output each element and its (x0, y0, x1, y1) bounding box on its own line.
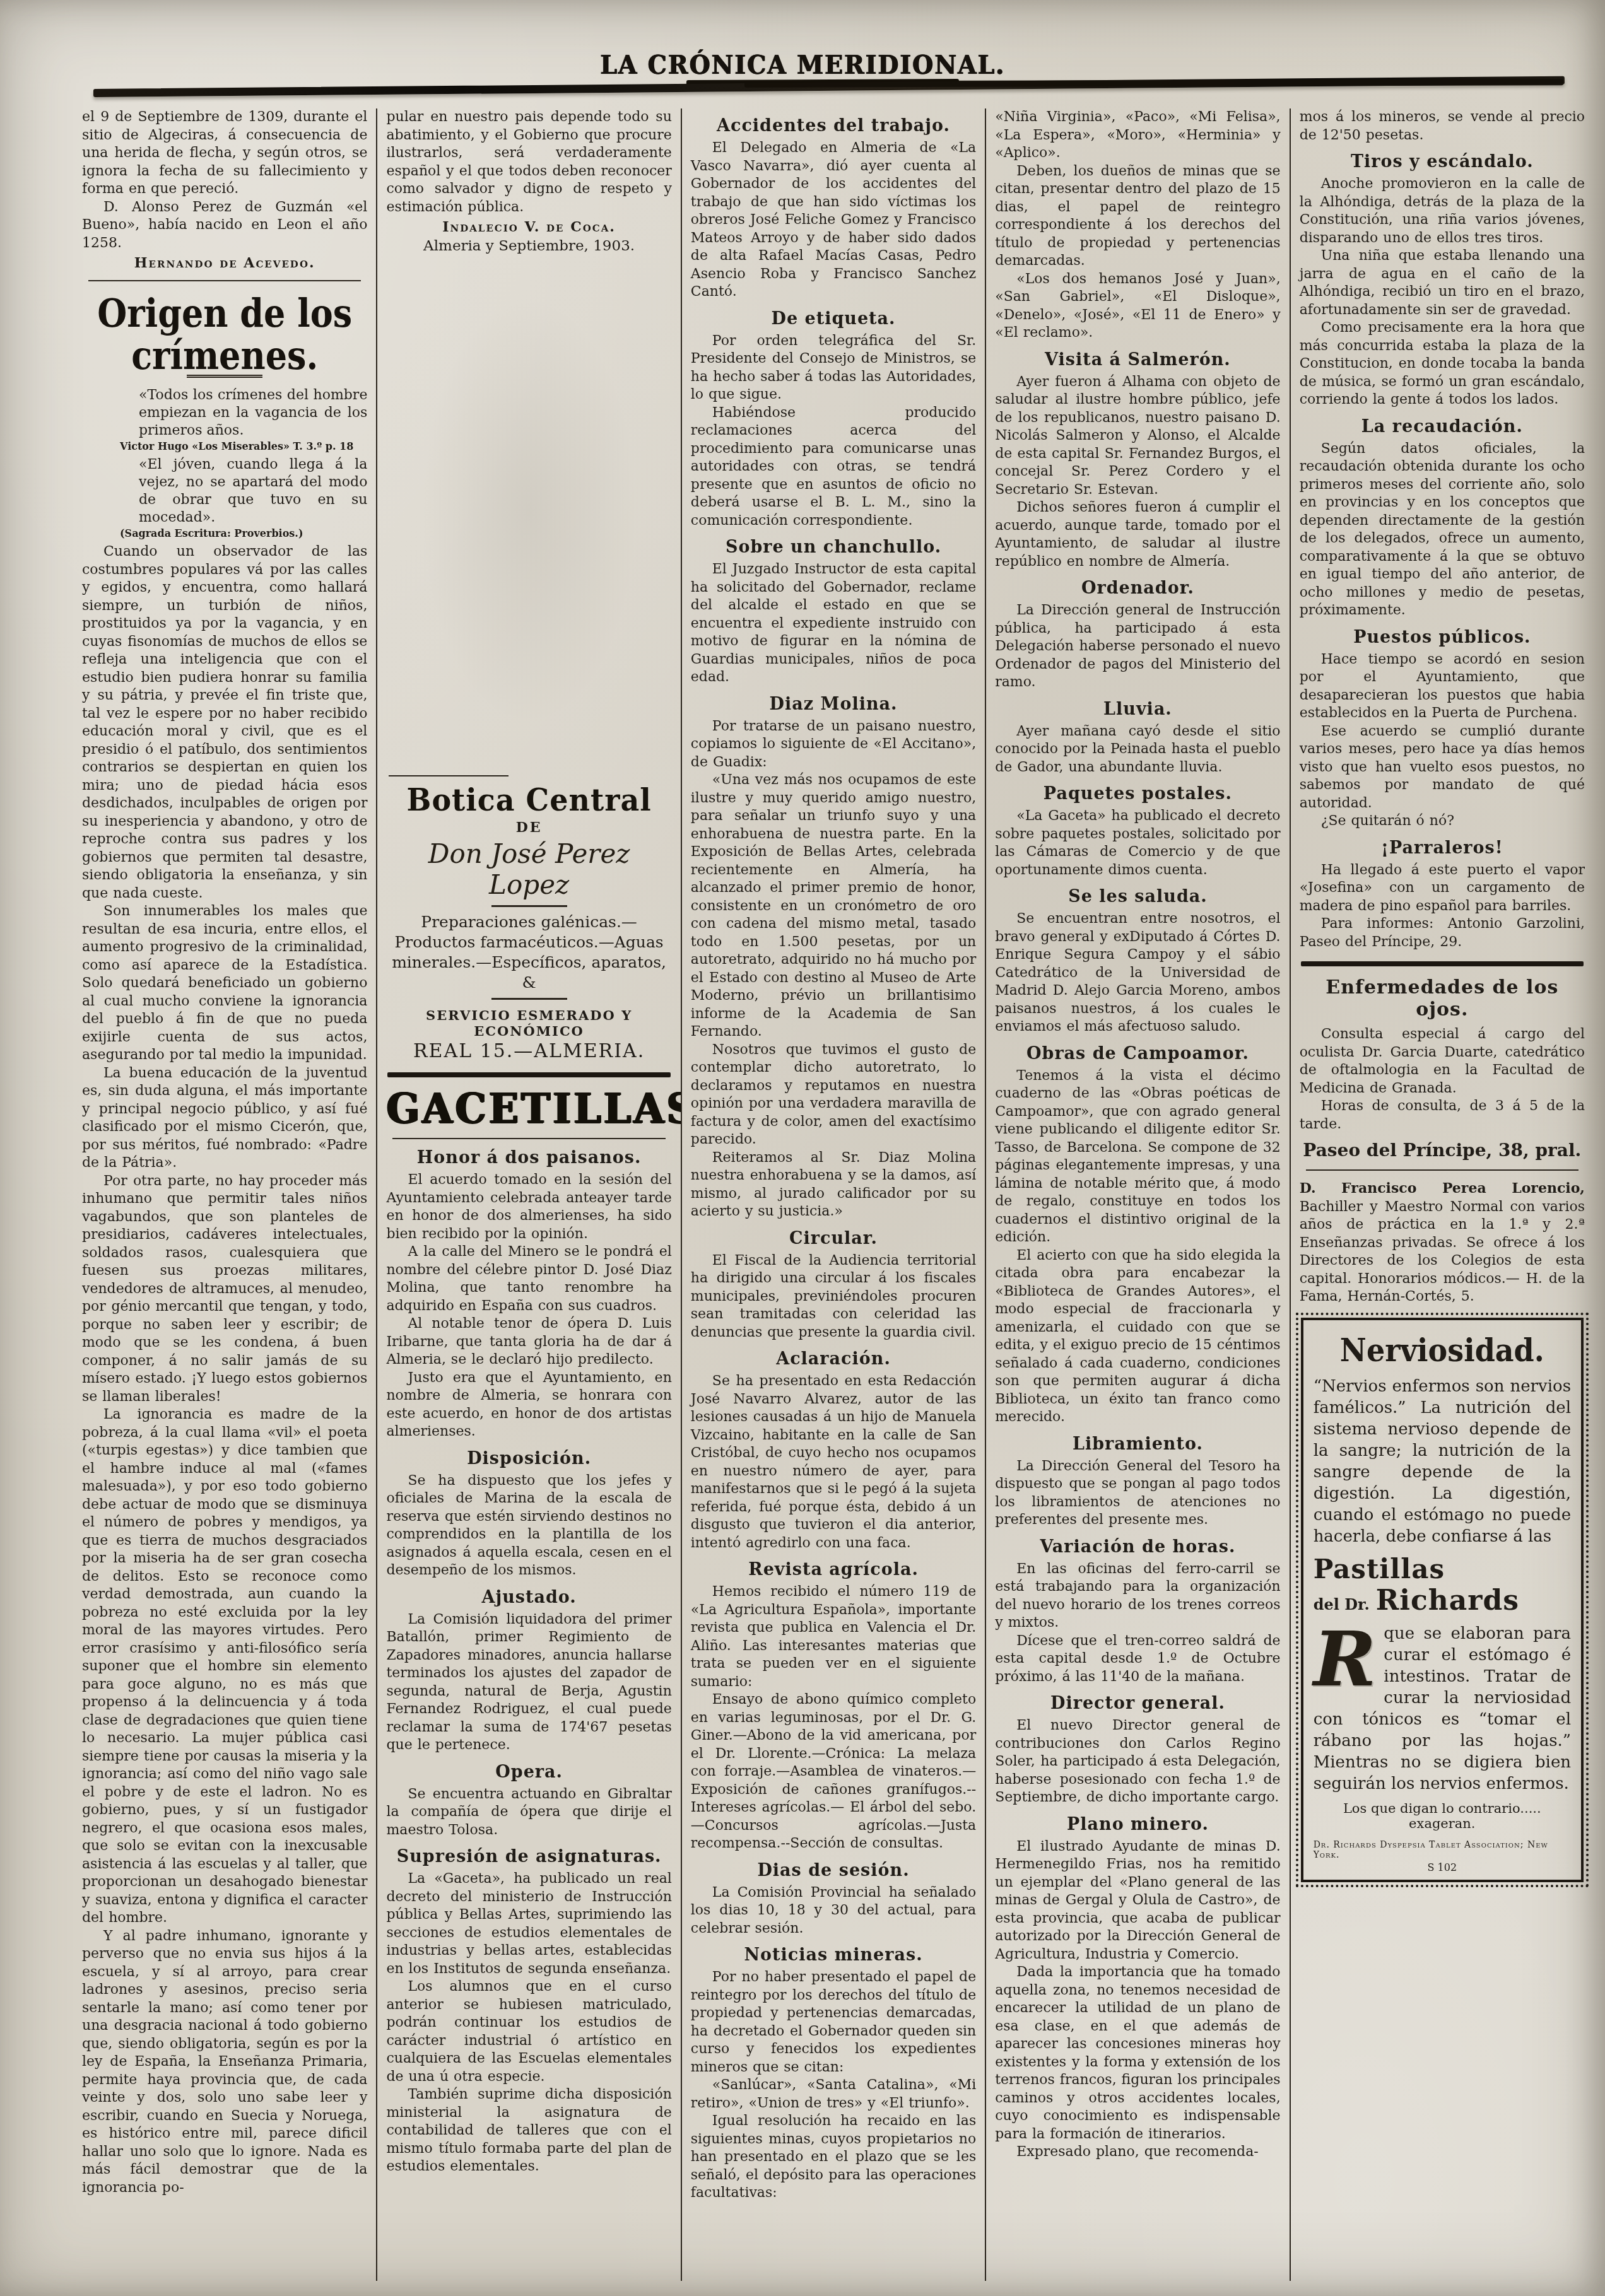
article-headline: Disposición. (386, 1449, 671, 1468)
dateline: Almeria y Septiembre, 1903. (386, 238, 671, 254)
paragraph: El acierto con que ha sido elegida la ci… (995, 1247, 1280, 1427)
paragraph-continuation: mos á los mineros, se vende al precio de… (1300, 108, 1585, 144)
paragraph-continuation: pular en nuestro pais depende todo su ab… (386, 108, 671, 216)
ad-rule (491, 905, 567, 907)
paragraph: Por no haber presentado el papel de rein… (691, 1969, 976, 2076)
ad-code: S 102 (1314, 1861, 1571, 1873)
epigraph-attribution: Victor Hugo «Los Miserables» T. 3.º p. 1… (120, 440, 367, 454)
epigraph: «Todos los crímenes del hombre empiezan … (139, 387, 367, 440)
paragraph: Por tratarse de un paisano nuestro, copi… (691, 718, 976, 772)
paragraph: Hemos recibido el número 119 de «La Agri… (691, 1583, 976, 1691)
blank-space (386, 255, 671, 766)
paragraph: La «Gaceta», ha publicado un real decret… (386, 1870, 671, 1978)
column-1: el 9 de Septiembre de 1309, durante el s… (73, 108, 377, 2281)
paragraph: Ayer fueron á Alhama con objeto de salud… (995, 373, 1280, 500)
ad-body: “Nervios enfermos son nervios famélicos.… (1314, 1376, 1571, 1547)
horizontal-rule (88, 280, 361, 281)
paragraph: Y al padre inhumano, ignorante y pervers… (82, 1928, 367, 2198)
paragraph: La buena educación de la juventud es, si… (82, 1065, 367, 1173)
ad-body: Rque se elaboran para curar el estómago … (1314, 1623, 1571, 1795)
article-headline: Puestos públicos. (1300, 628, 1585, 647)
signature: Hernando de Acevedo. (82, 255, 367, 271)
paragraph: El ilustrado Ayudante de minas D. Hermen… (995, 1838, 1280, 1964)
paragraph: Justo era que el Ayuntamiento, en nombre… (386, 1369, 671, 1441)
article-headline: Visita á Salmerón. (995, 350, 1280, 370)
paragraph: El nuevo Director general de contribucio… (995, 1717, 1280, 1807)
paragraph: Ese acuerdo se cumplió durante varios me… (1300, 723, 1585, 813)
product-name-small: del Dr. (1314, 1595, 1370, 1614)
column-4: «Niña Virginia», «Paco», «Mi Felisa», «L… (986, 108, 1290, 2281)
article-headline: Variación de horas. (995, 1537, 1280, 1557)
ad-title: Nerviosidad. (1314, 1331, 1571, 1368)
paragraph: Nosotros que tuvimos el gusto de contemp… (691, 1041, 976, 1149)
article-headline: Libramiento. (995, 1434, 1280, 1454)
paragraph: «La Gaceta» ha publicado el decreto sobr… (995, 807, 1280, 879)
horizontal-rule (392, 1138, 665, 1139)
paragraph: Expresado plano, que recomenda- (995, 2143, 1280, 2162)
paragraph: Consulta especial á cargo del oculista D… (1300, 1026, 1585, 1098)
horizontal-rule-thick (1301, 961, 1584, 966)
ad-address: REAL 15.—ALMERIA. (386, 1040, 671, 1062)
article-headline: Aclaración. (691, 1349, 976, 1369)
product-name-line: Pastillas (1314, 1554, 1571, 1584)
paragraph: El acuerdo tomado en la sesión del Ayunt… (386, 1171, 671, 1243)
article-headline: Director general. (995, 1694, 1280, 1713)
nerviosidad-ad: Nerviosidad.“Nervios enfermos son nervio… (1301, 1318, 1584, 1882)
article-headline: Plano minero. (995, 1815, 1280, 1834)
paragraph: La ignorancia es madre de la pobreza, á … (82, 1406, 367, 1928)
paragraph: Como precisamente era la hora que más co… (1300, 319, 1585, 409)
paragraph: «Los dos hemanos José y Juan», «San Gabr… (995, 271, 1280, 343)
ad-headline: Enfermedades de los ojos. (1300, 976, 1585, 1021)
ad-subtitle: DE (386, 819, 671, 836)
paragraph-continuation: el 9 de Septiembre de 1309, durante el s… (82, 108, 367, 199)
article-headline: Ajustado. (386, 1588, 671, 1607)
paragraph: Para informes: Antonio Garzolini, Paseo … (1300, 915, 1585, 951)
article-headline: Ordenador. (995, 578, 1280, 598)
paragraph: Los alumnos que en el curso anterior se … (386, 1978, 671, 2086)
lead-article-headline: Origen de los crímenes. (82, 292, 367, 376)
ad-title: Botica Central (386, 782, 671, 818)
paragraph: Se ha dispuesto que los jefes y oficiale… (386, 1472, 671, 1580)
masthead-rule-long-2 (744, 79, 1563, 87)
paragraph: Habiéndose producido reclamaciones acerc… (691, 404, 976, 530)
paragraph-lead: D. Francisco Perea Lorencio, (1300, 1180, 1585, 1197)
paragraph: ¿Se quitarán ó nó? (1300, 812, 1585, 831)
address-line: Paseo del Príncipe, 38, pral. (1300, 1140, 1585, 1161)
horizontal-rule-short (389, 775, 509, 776)
paragraph: Deben, los dueños de minas que se citan,… (995, 163, 1280, 271)
column-3: Accidentes del trabajo.El Delegado en Al… (682, 108, 986, 2281)
paragraph: Ensayo de abono químico completo en vari… (691, 1691, 976, 1853)
paragraph: Hace tiempo se acordó en sesion por el A… (1300, 651, 1585, 723)
paragraph: Dada la importancia que ha tomado aquell… (995, 1964, 1280, 2143)
paragraph: Una niña que estaba llenando una jarra d… (1300, 247, 1585, 319)
article-headline: Se les saluda. (995, 887, 1280, 906)
monogram-r: R (1314, 1628, 1377, 1691)
paragraph: La Dirección general de Instrucción públ… (995, 602, 1280, 692)
masthead-title: LA CRÓNICA MERIDIONAL. (0, 49, 1605, 80)
paragraph: Tenemos á la vista el décimo cuaderno de… (995, 1067, 1280, 1247)
article-headline: La recaudación. (1300, 417, 1585, 436)
columns: el 9 de Septiembre de 1309, durante el s… (73, 108, 1594, 2281)
paragraph: La Comisión Provincial ha señalado los d… (691, 1884, 976, 1938)
paragraph: D. Alonso Perez de Guzmán «el Bueno», ha… (82, 199, 367, 253)
paragraph: Se encuentran entre nosotros, el bravo g… (995, 910, 1280, 1036)
paragraph: «Una vez más nos ocupamos de este ilustr… (691, 771, 976, 1041)
paragraph: Se encuentra actuando en Gibraltar la co… (386, 1786, 671, 1840)
paragraph: Se ha presentado en esta Redacción José … (691, 1373, 976, 1552)
paragraph: Son innumerables los males que resultan … (82, 903, 367, 1065)
article-headline: Lluvia. (995, 700, 1280, 719)
paragraph: El Fiscal de la Audiencia territorial ha… (691, 1252, 976, 1342)
section-headline: GACETILLAS. (386, 1087, 671, 1130)
product-name-line: del Dr.Richards (1314, 1584, 1571, 1617)
paragraph: «Sanlúcar», «Santa Catalina», «Mi retiro… (691, 2076, 976, 2112)
paragraph: Por otra parte, no hay proceder más inhu… (82, 1173, 367, 1407)
column-5: mos á los mineros, se vende al precio de… (1291, 108, 1594, 2281)
article-headline: Supresión de asignaturas. (386, 1847, 671, 1866)
botica-central-ad: Botica CentralDEDon José Perez LopezPrep… (386, 783, 671, 1062)
column-2: pular en nuestro pais depende todo su ab… (377, 108, 681, 2281)
article-headline: Revista agrícola. (691, 1560, 976, 1579)
newspaper-page: LA CRÓNICA MERIDIONAL. el 9 de Septiembr… (0, 0, 1605, 2296)
paragraph-continuation: «Niña Virginia», «Paco», «Mi Felisa», «L… (995, 108, 1280, 163)
ad-footer: Los que digan lo contrario..... exageran… (1314, 1801, 1571, 1831)
paragraph-text: Bachiller y Maestro Normal con varios añ… (1300, 1199, 1585, 1305)
paragraph: Cuando un observador de las costumbres p… (82, 543, 367, 903)
epigraph: «El jóven, cuando llega á la vejez, no s… (139, 456, 367, 527)
paragraph: Ayer mañana cayó desde el sitio conocido… (995, 723, 1280, 777)
article-headline: Dias de sesión. (691, 1861, 976, 1880)
paragraph: Al notable tenor de ópera D. Luis Iribar… (386, 1315, 671, 1369)
paragraph: El Delegado en Almeria de «La Vasco Nava… (691, 139, 976, 302)
paragraph: Según datos oficiales, la recaudación ob… (1300, 440, 1585, 620)
article-headline: Diaz Molina. (691, 694, 976, 714)
signature: Indalecio V. de Coca. (386, 219, 671, 235)
horizontal-rule-thick (387, 1072, 670, 1077)
horizontal-rule (1306, 1169, 1579, 1171)
product-name-large: Richards (1376, 1584, 1519, 1617)
article-headline: De etiqueta. (691, 309, 976, 329)
paragraph: A la calle del Minero se le pondrá el no… (386, 1243, 671, 1315)
article-headline: Obras de Campoamor. (995, 1044, 1280, 1063)
article-headline: Accidentes del trabajo. (691, 116, 976, 136)
paragraph: Dícese que el tren-correo saldrá de esta… (995, 1632, 1280, 1687)
ad-service-line: SERVICIO ESMERADO Y ECONÓMICO (386, 1007, 671, 1039)
paragraph: Dichos señores fueron á cumplir el acuer… (995, 499, 1280, 571)
paragraph: Por orden telegráfica del Sr. Presidente… (691, 332, 976, 404)
paragraph: También suprime dicha disposición minist… (386, 2086, 671, 2176)
paragraph: En las oficinas del ferro-carril se está… (995, 1561, 1280, 1632)
paragraph: Reiteramos al Sr. Diaz Molina nuestra en… (691, 1149, 976, 1221)
epigraph-attribution: (Sagrada Escritura: Proverbios.) (120, 527, 367, 541)
article-headline: ¡Parraleros! (1300, 838, 1585, 858)
paragraph: El Juzgado Instructor de esta capital ha… (691, 561, 976, 687)
ad-imprint: Dr. Richards Dyspepsia Tablet Associatio… (1314, 1840, 1571, 1860)
paragraph: Ha llegado á este puerto el vapor «Josef… (1300, 862, 1585, 916)
article-headline: Opera. (386, 1762, 671, 1782)
paragraph: Igual resolución ha recaido en las sigui… (691, 2112, 976, 2203)
ad-owner-name: Don José Perez Lopez (386, 838, 671, 900)
ad-product-name: Pastillasdel Dr.Richards (1314, 1554, 1571, 1617)
article-headline: Circular. (691, 1229, 976, 1248)
article-headline: Honor á dos paisanos. (386, 1148, 671, 1168)
paragraph: La Dirección General del Tesoro ha dispu… (995, 1458, 1280, 1530)
ad-rule (491, 998, 567, 1000)
paragraph: Horas de consulta, de 3 á 5 de la tarde. (1300, 1098, 1585, 1133)
article-headline: Paquetes postales. (995, 784, 1280, 804)
paragraph: D. Francisco Perea Lorencio, Bachiller y… (1300, 1180, 1585, 1306)
article-headline: Tiros y escándalo. (1300, 152, 1585, 172)
article-headline: Noticias mineras. (691, 1945, 976, 1965)
article-headline: Sobre un chanchullo. (691, 537, 976, 557)
paragraph: La Comisión liquidadora del primer Batal… (386, 1611, 671, 1755)
paragraph: Anoche promovieron en la calle de la Alh… (1300, 175, 1585, 247)
ad-products: Preparaciones galénicas.—Productos farma… (386, 912, 671, 993)
